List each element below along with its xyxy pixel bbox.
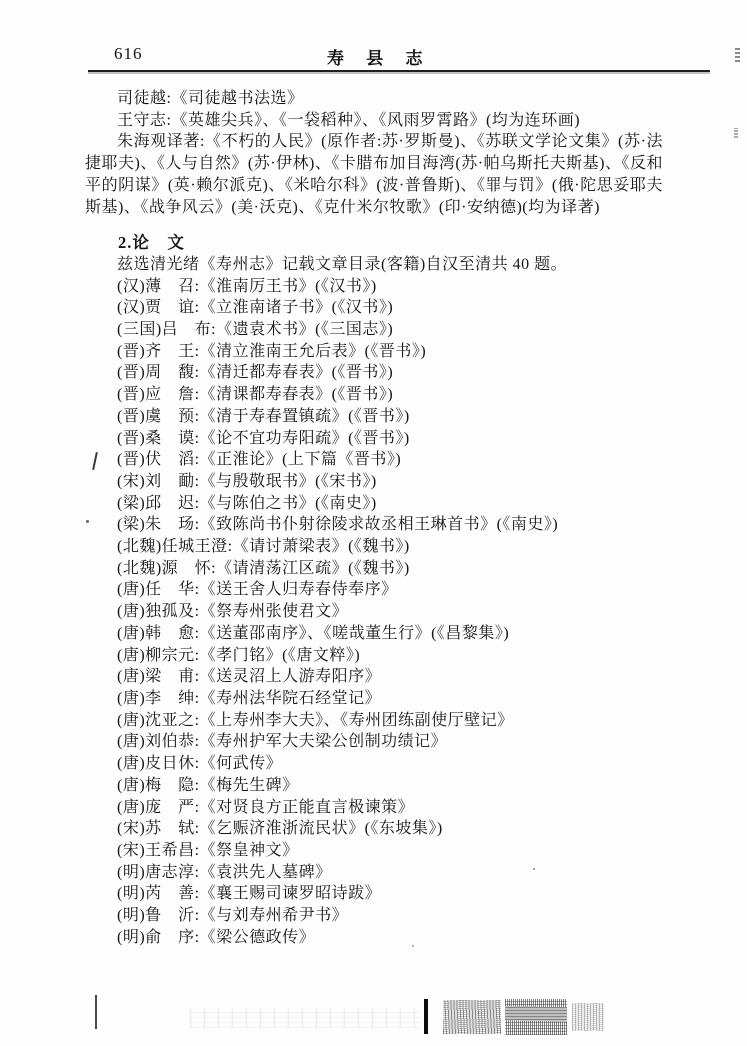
scan-smudge <box>505 999 567 1035</box>
entry-line: (唐)梁 甫:《送灵沼上人游寿阳序》 <box>85 666 663 688</box>
entry-line: (北魏)任城王澄:《请讨萧梁表》(《魏书》) <box>85 536 663 558</box>
entry-line: (晋)周 馥:《清迁都寿春表》(《晋书》) <box>85 362 663 384</box>
scan-bottom-tick <box>95 995 97 1029</box>
scan-edge-mark <box>735 48 740 62</box>
scanned-book-page: 616 寿 县 志 司徒越:《司徒越书法选》王守志:《英雄尖兵》、《一袋稻种》、… <box>0 0 747 1046</box>
entry-line: (梁)朱 玚:《致陈尚书仆射徐陵求故丞相王琳首书》(《南史》) <box>85 514 663 536</box>
paragraph: 朱海观译著:《不朽的人民》(原作者:苏·罗斯曼)、《苏联文学论文集》(苏·法捷耶… <box>85 131 663 218</box>
entry-line: (晋)齐 王:《清立淮南王允后表》(《晋书》) <box>85 341 663 363</box>
paragraph: 王守志:《英雄尖兵》、《一袋稻种》、《风雨罗霄路》(均为连环画) <box>85 110 663 132</box>
entry-line: (宋)苏 轼:《乞赈济淮浙流民状》(《东坡集》) <box>85 818 663 840</box>
entry-line: (晋)桑 谟:《论不宜功寿阳疏》(《晋书》) <box>85 428 663 450</box>
scan-speckle-band <box>190 1008 420 1028</box>
scan-bottom-bar <box>424 999 428 1034</box>
essay-list: (汉)薄 召:《淮南厉王书》(《汉书》)(汉)贾 谊:《立淮南诸子书》(《汉书》… <box>85 276 663 949</box>
paragraph: 司徒越:《司徒越书法选》 <box>85 88 663 110</box>
entry-line: (唐)皮日休:《何武传》 <box>85 753 663 775</box>
entry-line: (唐)刘伯恭:《寿州护军大夫梁公创制功绩记》 <box>85 731 663 753</box>
entry-line: (唐)庞 严:《对贤良方正能直言极谏策》 <box>85 797 663 819</box>
paragraph-block: 司徒越:《司徒越书法选》王守志:《英雄尖兵》、《一袋稻种》、《风雨罗霄路》(均为… <box>85 88 663 218</box>
entry-line: (北魏)源 怀:《请清荡江区疏》(《魏书》) <box>85 558 663 580</box>
entry-line: (明)俞 序:《梁公德政传》 <box>85 927 663 949</box>
entry-line: (汉)薄 召:《淮南厉王书》(《汉书》) <box>85 276 663 298</box>
entry-line: (明)芮 善:《襄王赐司谏罗昭诗跋》 <box>85 883 663 905</box>
scan-smudge <box>443 1000 501 1034</box>
section-heading: 2.论 文 <box>85 232 663 254</box>
header-rule <box>88 70 710 72</box>
entry-line: (宋)刘 勔:《与殷敬珉书》(《宋书》) <box>85 471 663 493</box>
entry-line: (晋)应 詹:《清课都寿春表》(《晋书》) <box>85 384 663 406</box>
entry-line: (唐)韩 愈:《送董邵南序》、《嗟哉董生行》(《昌黎集》) <box>85 623 663 645</box>
section-intro: 兹选清光绪《寿州志》记载文章目录(客籍)自汉至清共 40 题。 <box>85 254 663 276</box>
entry-line: (三国)吕 布:《遗袁术书》(《三国志》) <box>85 319 663 341</box>
entry-line: (汉)贾 谊:《立淮南诸子书》(《汉书》) <box>85 297 663 319</box>
entry-line: (唐)柳宗元:《孝门铭》(《唐文粹》) <box>85 645 663 667</box>
entry-line: (晋)伏 滔:《正淮论》(上下篇《晋书》) <box>85 449 663 471</box>
entry-line: (唐)梅 隐:《梅先生碑》 <box>85 775 663 797</box>
book-title: 寿 县 志 <box>327 44 432 69</box>
entry-line: (唐)独孤及:《祭寿州张使君文》 <box>85 601 663 623</box>
entry-line: (明)鲁 沂:《与刘寿州希尹书》 <box>85 905 663 927</box>
page-number: 616 <box>114 44 143 64</box>
scan-smudge <box>572 1003 604 1031</box>
entry-line: (唐)李 绅:《寿州法华院石经堂记》 <box>85 688 663 710</box>
entry-line: (唐)沈亚之:《上寿州李大夫》、《寿州团练副使厅壁记》 <box>85 710 663 732</box>
scan-edge-mark <box>734 128 738 138</box>
entry-line: (晋)虞 预:《清于寿春置镇疏》(《晋书》) <box>85 406 663 428</box>
entry-line: (宋)王希昌:《祭皇神文》 <box>85 840 663 862</box>
entry-line: (明)唐志淳:《袁洪先人墓碑》 <box>85 862 663 884</box>
entry-line: (梁)邱 迟:《与陈伯之书》(《南史》) <box>85 493 663 515</box>
page-body: 司徒越:《司徒越书法选》王守志:《英雄尖兵》、《一袋稻种》、《风雨罗霄路》(均为… <box>85 88 663 948</box>
entry-line: (唐)任 华:《送王舍人归寿春侍奉序》 <box>85 579 663 601</box>
